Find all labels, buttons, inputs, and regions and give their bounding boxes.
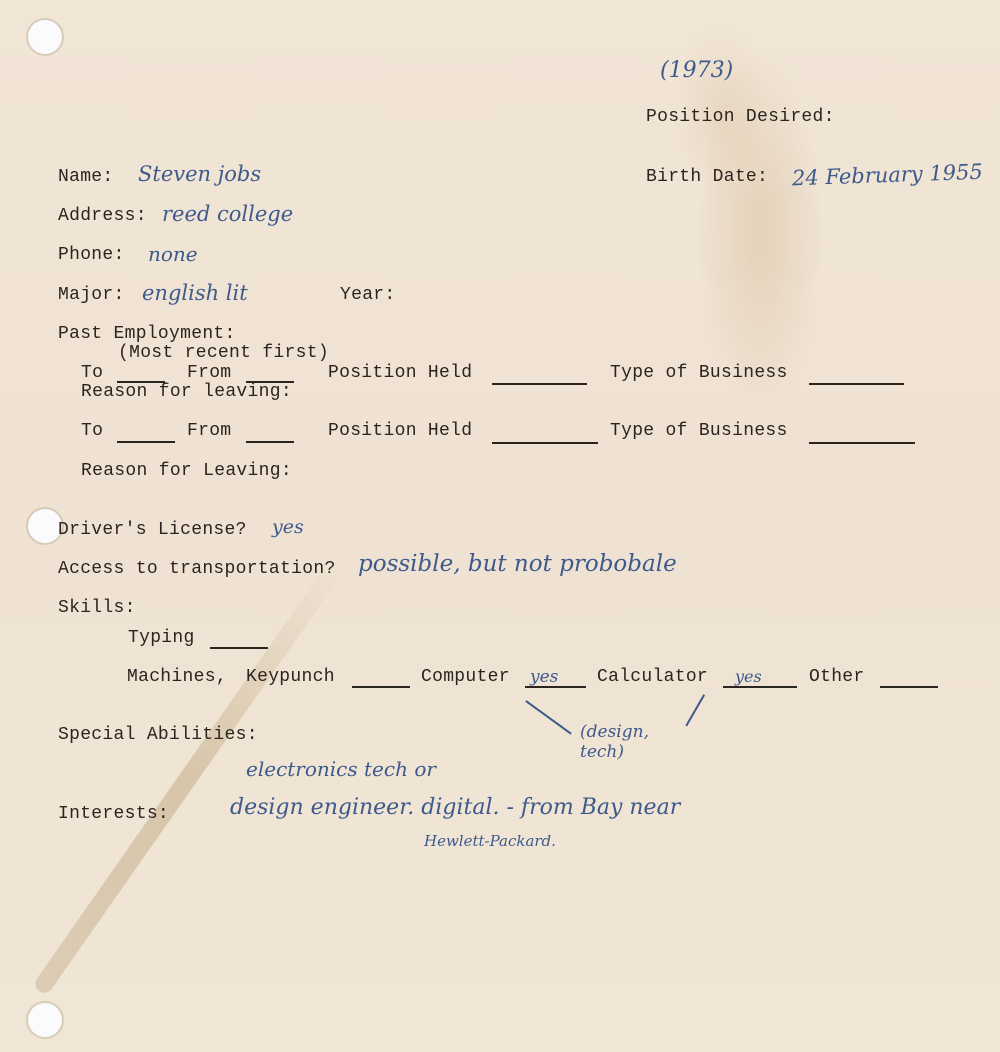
- phone-value: none: [148, 242, 198, 266]
- year-note: (1973): [660, 58, 733, 83]
- interests-value-line2: Hewlett-Packard.: [424, 832, 556, 850]
- birth-date-label: Birth Date:: [646, 167, 768, 187]
- name-label: Name:: [58, 167, 114, 187]
- computer-label: Computer: [421, 667, 510, 687]
- major-value: english lit: [142, 281, 248, 305]
- skills-label: Skills:: [58, 598, 136, 618]
- major-label: Major:: [58, 285, 125, 305]
- typing-label: Typing: [128, 628, 195, 648]
- birth-date-value: 24 February 1955: [792, 160, 984, 191]
- employment-1-position-field: [492, 369, 587, 385]
- employment-1-business-field: [809, 369, 904, 385]
- employment-2-business-field: [809, 428, 915, 444]
- employment-1-from-label: From: [187, 363, 231, 383]
- typing-field: [210, 633, 268, 649]
- transportation-value: possible, but not probobale: [358, 551, 677, 577]
- punch-hole-bottom: [28, 1003, 62, 1037]
- keypunch-field: [352, 672, 410, 688]
- special-abilities-value: electronics tech or: [246, 757, 436, 781]
- employment-1-reason-label: Reason for leaving:: [81, 382, 292, 402]
- employment-2-to-field: [117, 427, 175, 443]
- interests-value-line1: design engineer. digital. - from Bay nea…: [230, 795, 680, 820]
- employment-1-position-label: Position Held: [328, 363, 472, 383]
- name-value: Steven jobs: [138, 162, 261, 186]
- employment-2-position-label: Position Held: [328, 421, 472, 441]
- employment-2-to-label: To: [81, 421, 103, 441]
- drivers-license-label: Driver's License?: [58, 520, 247, 540]
- design-tech-annotation: (design, tech): [580, 722, 680, 762]
- employment-2-position-field: [492, 428, 598, 444]
- punch-hole-middle: [28, 509, 62, 543]
- machines-label: Machines,: [127, 667, 227, 687]
- drivers-license-value: yes: [272, 516, 304, 538]
- computer-value: yes: [530, 667, 558, 687]
- employment-1-from-field: [246, 367, 294, 383]
- position-desired-label: Position Desired:: [646, 107, 835, 127]
- most-recent-note: (Most recent first): [118, 343, 329, 363]
- interests-label: Interests:: [58, 804, 169, 824]
- employment-2-from-label: From: [187, 421, 231, 441]
- employment-1-business-label: Type of Business: [610, 363, 788, 383]
- other-label: Other: [809, 667, 865, 687]
- past-employment-label: Past Employment:: [58, 324, 236, 344]
- employment-2-reason-label: Reason for Leaving:: [81, 461, 292, 481]
- arrow-to-computer: [526, 700, 572, 734]
- year-label: Year:: [340, 285, 396, 305]
- calculator-value: yes: [735, 667, 762, 686]
- address-value: reed college: [162, 202, 293, 226]
- application-form-page: (1973) Position Desired: Birth Date: 24 …: [0, 0, 1000, 1052]
- special-abilities-label: Special Abilities:: [58, 725, 258, 745]
- employment-1-to-label: To: [81, 363, 103, 383]
- employment-2-business-label: Type of Business: [610, 421, 788, 441]
- address-label: Address:: [58, 206, 147, 226]
- transportation-label: Access to transportation?: [58, 559, 336, 579]
- employment-1-to-field: [117, 367, 165, 383]
- arrow-to-calculator: [685, 694, 704, 726]
- other-field: [880, 672, 938, 688]
- calculator-label: Calculator: [597, 667, 708, 687]
- phone-label: Phone:: [58, 245, 125, 265]
- punch-hole-top: [28, 20, 62, 54]
- keypunch-label: Keypunch: [246, 667, 335, 687]
- employment-2-from-field: [246, 427, 294, 443]
